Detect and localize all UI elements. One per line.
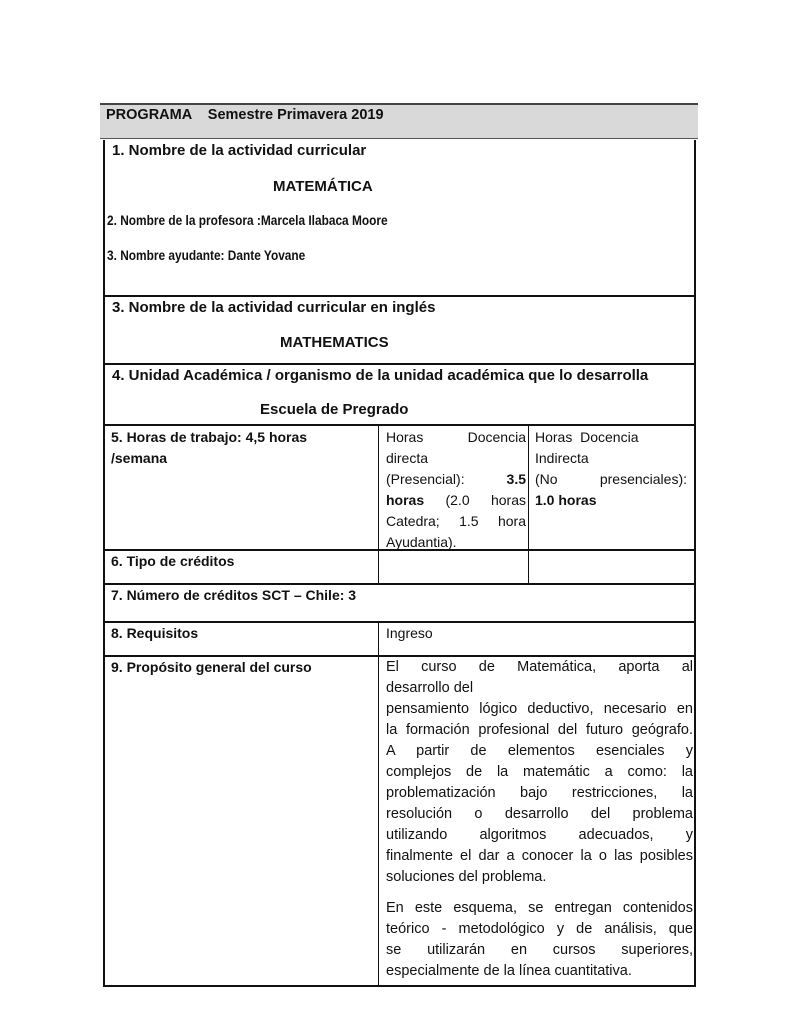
catedra-hours: (2.0 <box>445 490 469 511</box>
academic-unit: Escuela de Pregrado <box>260 401 408 418</box>
presencial-label: (Presencial): <box>386 469 465 490</box>
indirect-label-line1: Horas Docencia <box>535 427 687 448</box>
purpose-line: resolución o desarrollo del problema <box>386 804 693 825</box>
section-requirements: 8. Requisitos Ingreso <box>103 623 696 657</box>
section-activity-name: 1. Nombre de la actividad curricular MAT… <box>103 140 696 297</box>
purpose-line: A partir de elementos esenciales y <box>386 741 693 762</box>
work-hours-title-line1: 5. Horas de trabajo: 4,5 horas <box>111 427 371 448</box>
purpose-line: la formación profesional del futuro geóg… <box>386 720 693 741</box>
course-program-table: 1. Nombre de la actividad curricular MAT… <box>103 140 696 987</box>
purpose-line: especialmente de la línea cuantitativa. <box>386 961 693 982</box>
professor-name: 2. Nombre de la profesora :Marcela Ilaba… <box>107 213 388 228</box>
direct-hours-cell: HorasDocencia directa (Presencial):3.5 h… <box>386 427 526 549</box>
purpose-line: complejos de la matemátic a como: la <box>386 762 693 783</box>
indirect-label-line2: Indirecta <box>535 448 687 469</box>
work-hours-title-line2: /semana <box>111 448 371 469</box>
purpose-line: utilizando algoritmos adecuados, y <box>386 825 693 846</box>
catedra-hours-unit: horas <box>491 490 526 511</box>
purpose-line: problematización bajo restricciones, la <box>386 783 693 804</box>
purpose-line: soluciones del problema. <box>386 867 693 888</box>
program-label: PROGRAMA <box>106 107 192 123</box>
course-purpose-text: El curso de Matemática, aporta aldesarro… <box>386 657 693 982</box>
requirements-value: Ingreso <box>386 625 433 641</box>
section-work-hours: 5. Horas de trabajo: 4,5 horas /semana H… <box>103 426 696 551</box>
credit-type-title: 6. Tipo de créditos <box>111 553 234 569</box>
indirect-hours-cell: Horas Docencia Indirecta (Nopresenciales… <box>535 427 687 549</box>
program-header-text: PROGRAMA Semestre Primavera 2019 <box>106 107 384 123</box>
catedra-label: Catedra; <box>386 511 440 532</box>
purpose-line: pensamiento lógico deductivo, necesario … <box>386 699 693 720</box>
section-english-name: 3. Nombre de la actividad curricular en … <box>103 297 696 365</box>
direct-word-docencia: Docencia <box>468 427 526 448</box>
section-academic-unit: 4. Unidad Académica / organismo de la un… <box>103 365 696 426</box>
sct-credits-title: 7. Número de créditos SCT – Chile: 3 <box>111 587 356 603</box>
ayudantia-label: Ayudantia). <box>386 532 526 553</box>
purpose-line: En este esquema, se entregan contenidos <box>386 898 693 919</box>
assistant-name: 3. Nombre ayudante: Dante Yovane <box>107 248 305 263</box>
purpose-line: El curso de Matemática, aporta al <box>386 657 693 678</box>
section1-title: 1. Nombre de la actividad curricular <box>112 142 366 159</box>
direct-word-directa: directa <box>386 448 526 469</box>
section-course-purpose: 9. Propósito general del curso El curso … <box>103 657 696 987</box>
purpose-line: se utilizarán en cursos superiores, <box>386 940 693 961</box>
course-purpose-title: 9. Propósito general del curso <box>111 659 312 675</box>
section-sct-credits: 7. Número de créditos SCT – Chile: 3 <box>103 585 696 623</box>
section4-title: 4. Unidad Académica / organismo de la un… <box>112 367 648 384</box>
direct-hours-unit: horas <box>386 490 424 511</box>
ayudantia-hours: 1.5 <box>459 511 478 532</box>
ayudantia-hours-unit: hora <box>498 511 526 532</box>
purpose-line: teórico - metodológico y de análisis, qu… <box>386 919 693 940</box>
purpose-paragraph-2: En este esquema, se entregan contenidost… <box>386 898 693 982</box>
requirements-title: 8. Requisitos <box>111 625 198 641</box>
purpose-line: desarrollo del <box>386 678 693 699</box>
no-presencial-label-a: (No <box>535 469 558 490</box>
course-name-english: MATHEMATICS <box>280 334 389 351</box>
indirect-hours-value: 1.0 horas <box>535 490 687 511</box>
course-name: MATEMÁTICA <box>273 178 373 195</box>
section3-title: 3. Nombre de la actividad curricular en … <box>112 299 435 316</box>
purpose-line: finalmente el dar a conocer la o las pos… <box>386 846 693 867</box>
no-presencial-label-b: presenciales): <box>600 469 687 490</box>
section-credit-type: 6. Tipo de créditos <box>103 551 696 585</box>
direct-word-horas: Horas <box>386 427 423 448</box>
direct-hours-value: 3.5 <box>507 469 526 490</box>
semester-label: Semestre Primavera 2019 <box>208 107 384 123</box>
program-header: PROGRAMA Semestre Primavera 2019 <box>100 103 698 139</box>
purpose-paragraph-1: El curso de Matemática, aporta aldesarro… <box>386 657 693 888</box>
